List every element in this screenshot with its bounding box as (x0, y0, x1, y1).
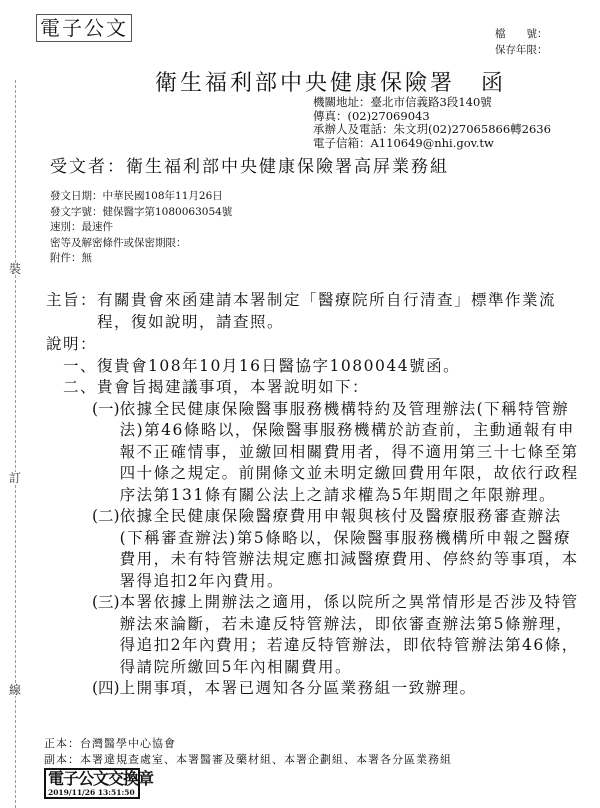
document-number: 發文字號：健保醫字第1080063054號 (50, 205, 232, 221)
handler-phone: 承辦人及電話：朱文玥(02)27065866轉2636 (313, 123, 551, 137)
agency-name: 衛生福利部中央健康保險署 (155, 71, 455, 96)
explanation-label: 說明： (46, 334, 586, 356)
item-text: 復貴會108年10月16日醫協字1080044號函。 (97, 356, 586, 378)
item-number: 二、 (63, 377, 97, 399)
document-body: 主旨： 有關貴會來函建請本署制定「醫療院所自行清查」標準作業流程，復如說明，請查… (46, 290, 586, 700)
document-meta: 發文日期：中華民國108年11月26日 發文字號：健保醫字第1080063054… (50, 189, 232, 267)
subitem-number: (一) (92, 399, 120, 507)
agency-address: 機關地址：臺北市信義路3段140號 (313, 96, 551, 110)
seal-title: 電子公文交換章 (48, 770, 136, 788)
binding-mark-ding: 訂 (9, 472, 21, 484)
fax-number: 傳真：(02)27069043 (313, 110, 551, 124)
explanation-subitem-3: (三) 本署依據上開辦法之適用，係以院所之異常情形是否涉及特管辦法來論斷，若未違… (46, 592, 586, 678)
electronic-document-stamp: 電子公文 (36, 14, 132, 42)
copy-recipients: 副本：本署違規查處室、本署醫審及藥材組、本署企劃組、本署各分區業務組 (44, 752, 452, 768)
subitem-text: 本署依據上開辦法之適用，係以院所之異常情形是否涉及特管辦法來論斷，若未違反特管辦… (120, 592, 586, 678)
distribution-list: 正本：台灣醫學中心協會 副本：本署違規查處室、本署醫審及藥材組、本署企劃組、本署… (44, 736, 452, 768)
file-meta: 檔 號： 保存年限： (495, 26, 548, 58)
seal-timestamp: 2019/11/26 13:51:50 (48, 788, 136, 797)
explanation-item-1: 一、 復貴會108年10月16日醫協字1080044號函。 (46, 356, 586, 378)
item-number: 一、 (63, 356, 97, 378)
exchange-seal: 電子公文交換章 2019/11/26 13:51:50 (44, 768, 140, 799)
contact-info: 機關地址：臺北市信義路3段140號 傳真：(02)27069043 承辦人及電話… (313, 96, 551, 150)
file-number-label: 檔 號： (495, 26, 548, 42)
subitem-number: (四) (92, 678, 120, 700)
binding-mark-zhuang: 裝 (9, 263, 21, 275)
document-type: 函 (481, 71, 506, 96)
explanation-subitem-2: (二) 依據全民健康保險醫療費用申報與核付及醫療服務審查辦法(下稱審查辦法)第5… (46, 506, 586, 592)
subitem-number: (二) (92, 506, 120, 592)
subject-text: 有關貴會來函建請本署制定「醫療院所自行清查」標準作業流程，復如說明，請查照。 (97, 290, 586, 333)
recipient: 受文者：衛生福利部中央健康保險署高屏業務組 (50, 152, 449, 177)
subitem-text: 依據全民健康保險醫事服務機構特約及管理辦法(下稱特管辦法)第46條略以，保險醫事… (120, 399, 586, 507)
binding-margin-line (15, 80, 16, 808)
explanation-subitem-1: (一) 依據全民健康保險醫事服務機構特約及管理辦法(下稱特管辦法)第46條略以，… (46, 399, 586, 507)
binding-mark-xian: 線 (9, 684, 21, 696)
subitem-text: 依據全民健康保險醫療費用申報與核付及醫療服務審查辦法(下稱審查辦法)第5條略以，… (120, 506, 586, 592)
attachment: 附件：無 (50, 251, 232, 267)
subitem-text: 上開事項，本署已週知各分區業務組一致辦理。 (120, 678, 586, 700)
explanation-item-2: 二、 貴會旨揭建議事項，本署說明如下： (46, 377, 586, 399)
item-text: 貴會旨揭建議事項，本署說明如下： (97, 377, 586, 399)
retention-period-label: 保存年限： (495, 42, 548, 58)
issue-date: 發文日期：中華民國108年11月26日 (50, 189, 232, 205)
original-recipient: 正本：台灣醫學中心協會 (44, 736, 452, 752)
document-title: 衛生福利部中央健康保險署函 (155, 66, 506, 97)
subitem-number: (三) (92, 592, 120, 678)
security-level: 密等及解密條件或保密期限： (50, 236, 232, 252)
subject: 主旨： 有關貴會來函建請本署制定「醫療院所自行清查」標準作業流程，復如說明，請查… (46, 290, 586, 333)
email-address: 電子信箱：A110649@nhi.gov.tw (313, 137, 551, 151)
explanation-subitem-4: (四) 上開事項，本署已週知各分區業務組一致辦理。 (46, 678, 586, 700)
subject-label: 主旨： (46, 290, 97, 333)
delivery-speed: 速別：最速件 (50, 220, 232, 236)
